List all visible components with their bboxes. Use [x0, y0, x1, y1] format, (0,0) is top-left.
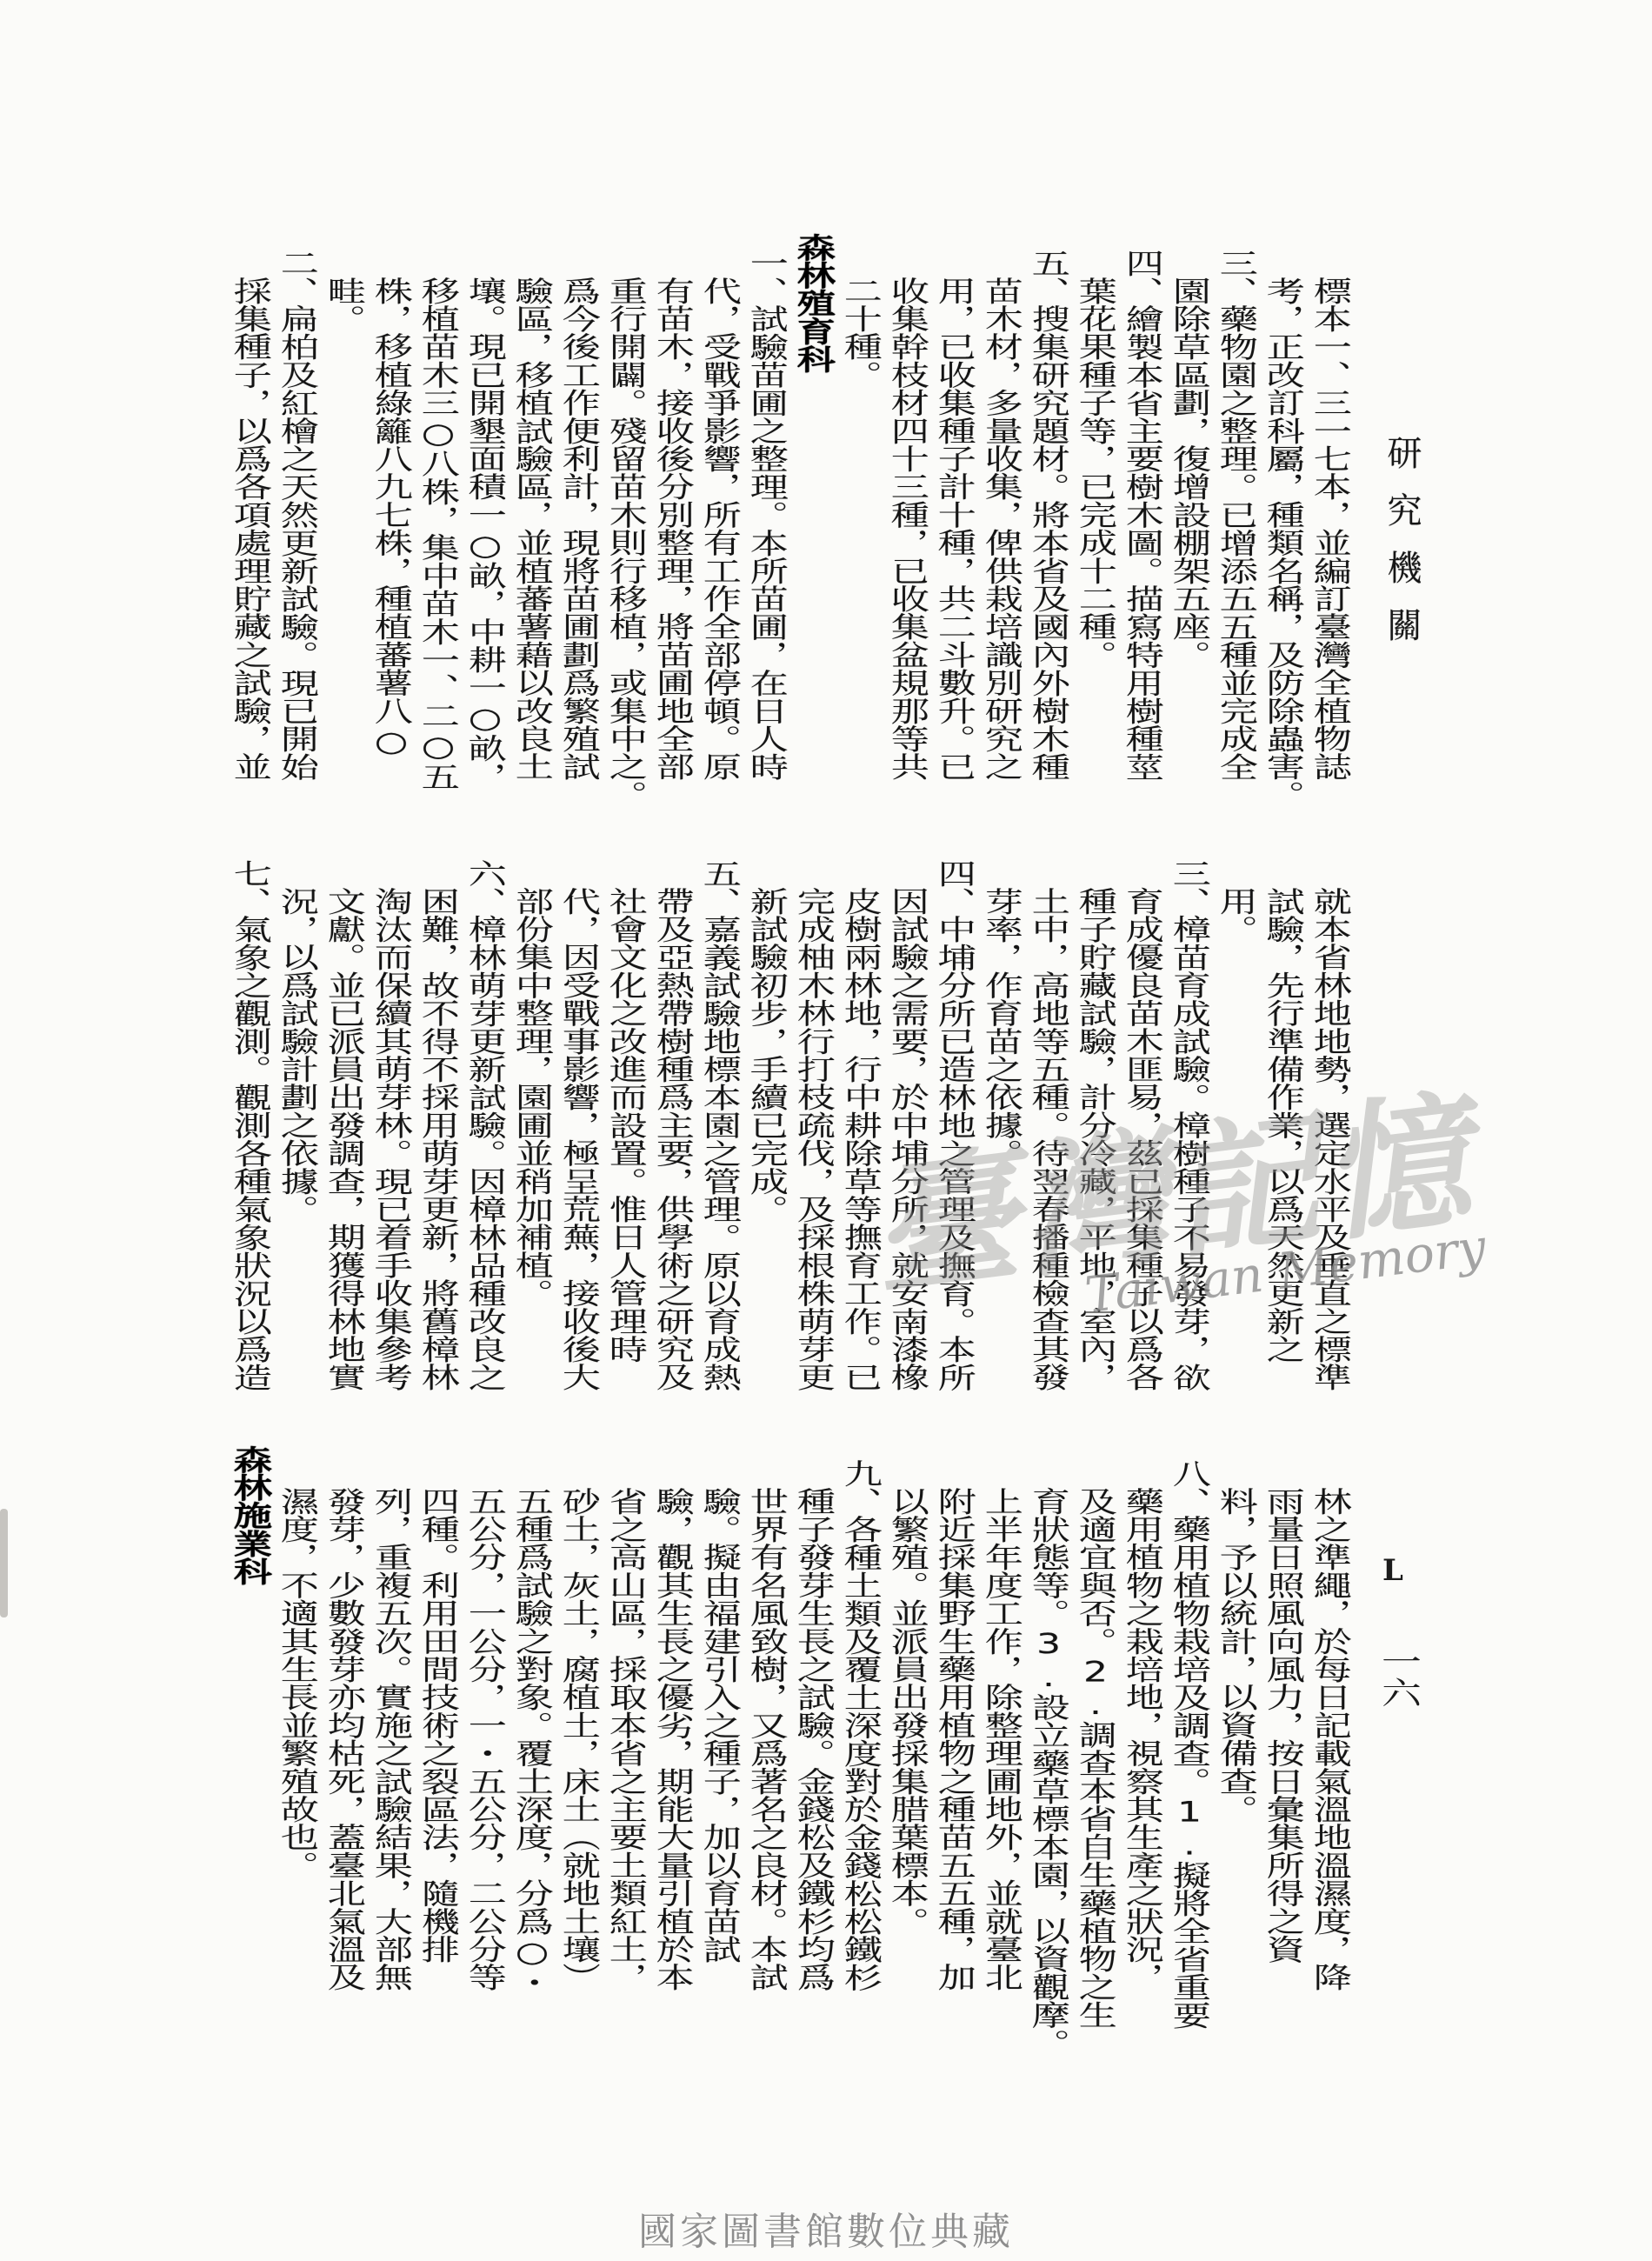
text-column: 二十種。 [842, 277, 880, 389]
text-column: 代，受戰爭影響，所有工作全部停頓。原 [701, 277, 739, 781]
text-column: 發芽，少數發芽亦均枯死，蓋臺北氣溫及 [325, 1487, 363, 1991]
text-column: 驗區，移植試驗區，並植蕃薯藉以改良土 [513, 277, 551, 781]
text-column: 藥用植物之栽培地，視察其生產之狀況， [1123, 1487, 1162, 1991]
text-column: 標本一、三一七本，並編訂臺灣全植物誌 [1311, 277, 1349, 781]
text-column: 五、搜集研究題材。將本省及國內外樹木種 [1029, 249, 1068, 781]
text-column: 土中，高地等五種。待翌春播種檢查其發 [1029, 887, 1068, 1391]
text-column: 六、樟林萌芽更新試驗。因樟林品種改良之 [466, 859, 504, 1391]
text-column: 育成優良苗木匪易，茲已採集種子以爲各 [1123, 887, 1162, 1391]
text-column: 驗。擬由福建引入之種子，加以育苗試 [701, 1487, 739, 1963]
text-column: 三、藥物園之整理。已增添五五種並完成全 [1217, 249, 1256, 781]
text-column: 四、中埔分所已造林地之管理及撫育。本所 [936, 859, 974, 1391]
text-column: 林之準繩，於每日記載氣溫地溫濕度，降 [1311, 1487, 1349, 1991]
scan-edge-smudge [0, 1509, 8, 1617]
text-column: 葉花果種子等，已完成十二種。 [1076, 277, 1115, 669]
plate-mark: L [1382, 1553, 1403, 1588]
text-column: 部份集中整理，園圃並稍加補植。 [513, 887, 551, 1307]
text-column: 壤。現已開墾面積一○畝，中耕一○畝， [466, 277, 504, 790]
text-column: 九、各種土類及覆土深度對於金錢松松鐵杉 [842, 1459, 880, 1991]
text-column: 濕度，不適其生長並繁殖故也。 [278, 1487, 316, 1879]
text-column: 及適宜與否。2.調查本省自生藥植物之生 [1076, 1487, 1115, 2029]
text-column: 收集幹枝材四十三種，已收集盆規那等共 [889, 277, 927, 781]
text-column: 爲今後工作便利計，現將苗圃劃爲繁殖試 [560, 277, 598, 781]
text-column: 完成柚木林行打枝疏伐，及採根株萌芽更 [795, 887, 833, 1391]
text-column: 苗木材，多量收集，俾供栽培識別研究之 [983, 277, 1021, 781]
text-column: 五種爲試驗之對象。覆土深度，分爲○・ [513, 1487, 551, 1996]
text-column: 園除草區劃，復增設棚架五座。 [1170, 277, 1209, 669]
text-column: 困難，故不得不採用萌芽更新，將舊樟林 [419, 887, 457, 1391]
text-column: 世界有名風致樹，又爲著名之良材。本試 [748, 1487, 786, 1991]
footer-archive-label: 國家圖書館數位典藏 [638, 2200, 1014, 2256]
text-column: 社會文化之改進而設置。惟日人管理時 [607, 887, 645, 1363]
text-column: 種子貯藏試驗，計分冷藏，平地，室內， [1076, 887, 1115, 1391]
text-column: 新試驗初步，手續已完成。 [748, 887, 786, 1223]
text-column: 育狀態等。3.設立藥草標本園，以資觀摩。 [1029, 1487, 1068, 2057]
running-head-vertical: 研究機關 [1377, 435, 1427, 664]
text-column: 列，重複五次。實施之試驗結果，大部無 [372, 1487, 410, 1991]
text-column: 三、樟苗育成試驗。樟樹種子不易發芽，欲 [1170, 859, 1209, 1391]
text-column: 上半年度工作，除整理圃地外，並就臺北 [983, 1487, 1021, 1991]
text-column: 四種。利用田間技術之裂區法，隨機排 [419, 1487, 457, 1963]
text-column: 森林殖育科 [795, 233, 833, 373]
text-column: 採集種子，以爲各項處理貯藏之試驗，並 [231, 277, 270, 781]
text-column: 畦。 [325, 277, 363, 332]
text-column: 株，移植綠籬八九七株，種植蕃薯八○ [372, 277, 410, 757]
text-column: 皮樹兩林地，行中耕除草等撫育工作。已 [842, 887, 880, 1391]
text-column: 試驗，先行準備作業，以爲天然更新之 [1264, 887, 1302, 1363]
text-column: 砂土，灰土，腐植土，床土（就地土壤） [560, 1487, 598, 1991]
text-column: 淘汰而保續其萌芽林。現已着手收集參考 [372, 887, 410, 1391]
text-column: 用。 [1217, 887, 1256, 943]
text-column: 一、試驗苗圃之整理。本所苗圃，在日人時 [748, 249, 786, 781]
text-column: 用，已收集種子計十種，共二斗數升。已 [936, 277, 974, 781]
text-column: 五公分，一公分，一・五公分，二公分等 [466, 1487, 504, 1991]
text-column: 就本省林地地勢，選定水平及垂直之標準 [1311, 887, 1349, 1391]
text-column: 雨量日照風向風力，按日彙集所得之資 [1264, 1487, 1302, 1963]
text-column: 況，以爲試驗計劃之依據。 [278, 887, 316, 1223]
text-column: 料，予以統計，以資備查。 [1217, 1487, 1256, 1823]
text-column: 森林施業科 [231, 1445, 270, 1585]
text-column: 重行開闢。殘留苗木則行移植，或集中之。 [607, 277, 645, 809]
text-column: 因試驗之需要，於中埔分所，就安南漆橡 [889, 887, 927, 1391]
text-column: 有苗木，接收後分別整理，將苗圃地全部 [654, 277, 692, 781]
text-column: 種子發芽生長之試驗。金錢松及鐵杉均爲 [795, 1487, 833, 1991]
text-column: 帶及亞熱帶樹種爲主要，供學術之研究及 [654, 887, 692, 1391]
text-column: 移植苗木三○八株，集中苗木一、二○五 [419, 277, 457, 790]
text-column: 二、扁柏及紅檜之天然更新試驗。現已開始 [278, 249, 316, 781]
text-column: 驗，觀其生長之優劣，期能大量引植於本 [654, 1487, 692, 1991]
text-column: 代，因受戰事影響，極呈荒蕪，接收後大 [560, 887, 598, 1391]
text-column: 附近採集野生藥用植物之種苗五五種，加 [936, 1487, 974, 1991]
page-number: 一六 [1379, 1645, 1419, 1708]
text-column: 八、藥用植物栽培及調查。1.擬將全省重要 [1170, 1459, 1209, 2029]
scanned-document-page: 研究機關 L 一六 標本一、三一七本，並編訂臺灣全植物誌考，正改訂科屬，種類名稱… [0, 0, 1652, 2261]
text-column: 文獻。並已派員出發調查，期獲得林地實 [325, 887, 363, 1391]
text-column: 七、氣象之觀測。觀測各種氣象狀況以爲造 [231, 859, 270, 1391]
text-column: 四、繪製本省主要樹木圖。描寫特用樹種莖 [1123, 249, 1162, 781]
text-column: 五、嘉義試驗地標本園之管理。原以育成熱 [701, 859, 739, 1391]
text-column: 以繁殖。並派員出發採集腊葉標本。 [889, 1487, 927, 1935]
text-column: 芽率，作育苗之依據。 [983, 887, 1021, 1167]
text-column: 省之高山區，採取本省之主要土類紅土， [607, 1487, 645, 1991]
text-column: 考，正改訂科屬，種類名稱，及防除蟲害。 [1264, 277, 1302, 809]
